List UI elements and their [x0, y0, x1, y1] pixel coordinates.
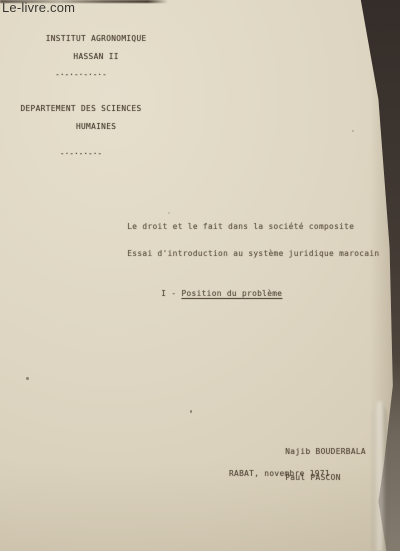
paper-speck	[190, 410, 192, 413]
document-photo: INSTITUT AGRONOMIQUE HASSAN II -·-·-·-·-…	[0, 0, 400, 551]
paper-speck	[168, 212, 170, 214]
paper-speck	[26, 377, 29, 380]
letterhead-institution-line2: HASSAN II	[73, 52, 118, 61]
document-title-line2: Essai d'introduction au système juridiqu…	[127, 249, 379, 258]
paper-sheet: INSTITUT AGRONOMIQUE HASSAN II -·-·-·-·-…	[0, 0, 400, 551]
dateline: RABAT, novembre 1971	[229, 469, 330, 478]
page-curl-edge	[372, 401, 387, 551]
letterhead-department: DEPARTEMENT DES SCIENCES	[14, 104, 148, 113]
document-title-line1: Le droit et le fait dans la société comp…	[127, 222, 354, 231]
letterhead-institution: INSTITUT AGRONOMIQUE	[46, 34, 147, 43]
letterhead: INSTITUT AGRONOMIQUE HASSAN II -·-·-·-·-…	[14, 25, 148, 176]
section-heading: I - Position du problème	[131, 280, 282, 307]
section-heading-text: Position du problème	[181, 289, 282, 298]
letterhead-separator: -·-·-·-·-·-	[14, 70, 148, 79]
paper-speck	[352, 130, 354, 132]
watermark-text: Le-livre.com	[2, 0, 75, 15]
letterhead-department-line2: HUMAINES	[76, 122, 116, 131]
letterhead-separator-2: -·-·-·-·-	[14, 149, 148, 158]
document-title: Le droit et le fait dans la société comp…	[97, 206, 379, 274]
authors-block: Najib BOUDERBALA Paul PASCON	[255, 432, 366, 497]
author-1: Najib BOUDERBALA	[285, 447, 366, 456]
section-number: I -	[161, 289, 181, 298]
